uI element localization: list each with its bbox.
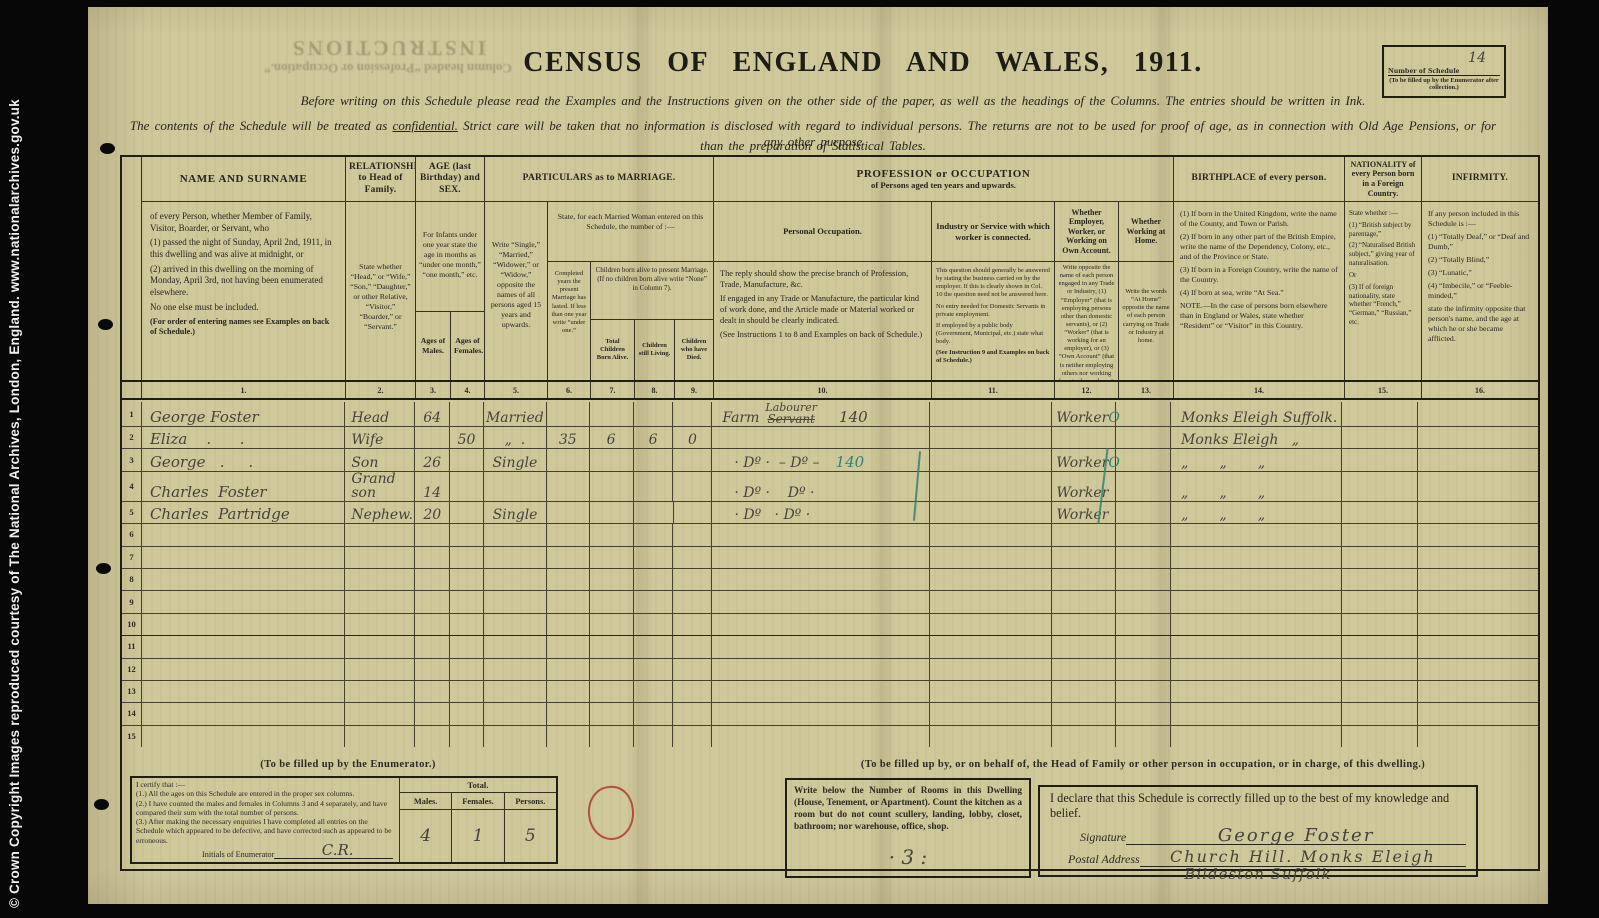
rooms-box: Write below the Number of Rooms in this … [785, 778, 1031, 878]
cell-infirmity [1418, 569, 1538, 590]
cell-industry [930, 524, 1053, 545]
cell-worker [1052, 659, 1116, 680]
col-desc-marriage-status: Write “Single,” “Married,” “Widower,” or… [485, 202, 548, 380]
cell-occupation: Farm LabourerServant 140 [712, 402, 929, 426]
cell-relationship [345, 591, 415, 612]
cell-age-females [450, 449, 484, 470]
punch-hole [100, 143, 115, 154]
cell-worker: WorkerO [1052, 402, 1116, 426]
cell-occupation [712, 427, 929, 448]
cell-age-males [415, 614, 450, 635]
rooms-instruction: Write below the Number of Rooms in this … [794, 785, 1022, 833]
col-head-ages-females: Ages of Females. [451, 312, 485, 380]
cell-relationship: Head [345, 402, 415, 426]
table-row: 8 [122, 569, 1538, 591]
cell-relationship: Wife [345, 427, 415, 448]
cell-children-living [634, 591, 674, 612]
cell-children-born [590, 472, 634, 501]
total-label: Total. [400, 778, 556, 793]
cell-infirmity [1418, 659, 1538, 680]
persons-label: Persons. [505, 793, 556, 809]
cell-marriage-years [547, 569, 590, 590]
table-row: 15 [122, 726, 1538, 747]
col-desc-relationship: State whether “Head,” or “Wife,” “Son,” … [346, 202, 416, 380]
cell-children-died [673, 402, 712, 426]
cell-nationality [1342, 449, 1419, 470]
cell-birthplace [1171, 681, 1342, 702]
col-head-ages-males: Ages of Males. [416, 312, 451, 380]
cell-birthplace: Monks Eleigh „ [1171, 427, 1342, 448]
cell-relationship [345, 614, 415, 635]
col-desc-birthplace: (1) If born in the United Kingdom, write… [1174, 202, 1345, 380]
cell-industry [930, 402, 1053, 426]
cell-occupation: · Dº · Dº · [712, 472, 929, 501]
cell-children-born [590, 681, 634, 702]
cell-name: George Foster [142, 402, 345, 426]
males-label: Males. [400, 793, 452, 809]
instruction-line-1: Before writing on this Schedule please r… [208, 93, 1458, 109]
cell-occupation: · Dº · Dº · [712, 502, 929, 523]
column-number-band: 1. 2. 3. 4. 5. 6. 7. 8. 9. 10. 11. 12. 1… [122, 380, 1538, 400]
cell-nationality [1342, 569, 1419, 590]
cell-marriage-years [547, 614, 590, 635]
table-row: 4 Charles Foster Grand son 14 · Dº · Dº … [122, 472, 1538, 502]
females-label: Females. [452, 793, 504, 809]
row-number: 14 [122, 703, 142, 724]
cell-children-living [634, 703, 674, 724]
cell-infirmity [1418, 502, 1538, 523]
col-head-profession: PROFESSION or OCCUPATION of Persons aged… [714, 157, 1174, 202]
cell-at-home [1116, 449, 1171, 470]
number-cell: 9. [675, 382, 714, 398]
schedule-number-note: (To be filled up by the Enumerator after… [1388, 77, 1500, 92]
table-row: 7 [122, 547, 1538, 569]
cell-marriage-years [547, 681, 590, 702]
initials-line: C.R. [274, 847, 393, 859]
cell-nationality [1342, 659, 1419, 680]
cell-birthplace [1171, 726, 1342, 747]
number-cell: 15. [1345, 382, 1422, 398]
col-head-children-born-alive: Total Children Born Alive. [591, 320, 635, 380]
cell-marriage-years [547, 472, 590, 501]
postal-address-line: Church Hill. Monks Eleigh [1140, 849, 1466, 867]
cell-birthplace [1171, 703, 1342, 724]
cell-children-died [673, 636, 712, 657]
cell-infirmity [1418, 524, 1538, 545]
cell-birthplace [1171, 569, 1342, 590]
cell-marriage [484, 681, 547, 702]
col-head-children-living: Children still Living. [635, 320, 675, 380]
table-body: 1 George Foster Head 64 Married Farm Lab… [122, 402, 1538, 747]
cell-infirmity [1418, 703, 1538, 724]
col-head-marriage: PARTICULARS as to MARRIAGE. [485, 157, 714, 202]
cell-relationship [345, 636, 415, 657]
cell-industry [930, 569, 1053, 590]
cell-industry [930, 726, 1053, 747]
cell-children-living [634, 659, 674, 680]
table-row: 11 [122, 636, 1538, 658]
col-head-age: AGE (last Birthday) and SEX. [416, 157, 485, 202]
cell-marriage [484, 726, 547, 747]
col-desc-marriage-years: Completed years the present Marriage has… [548, 262, 591, 380]
number-cell: 11. [932, 382, 1055, 398]
instruction-line-3: than the preparation of Statistical Tabl… [118, 138, 1508, 154]
punch-hole [96, 563, 111, 574]
number-cell [122, 382, 142, 398]
cell-occupation: · Dº · – Dº – 140 [712, 449, 929, 470]
signature-line: George Foster [1126, 827, 1466, 845]
number-cell: 1. [142, 382, 346, 398]
cell-marriage-years [547, 547, 590, 568]
cell-industry [930, 636, 1053, 657]
cell-nationality [1342, 703, 1419, 724]
cell-relationship: Grand son [345, 472, 415, 501]
cell-birthplace: „ „ „ [1171, 472, 1342, 501]
cell-industry [930, 547, 1053, 568]
cell-children-died [674, 502, 713, 523]
row-number: 12 [122, 659, 142, 680]
col-desc-at-home: Write the words “At Home” opposite the n… [1119, 262, 1174, 380]
cell-nationality [1342, 402, 1419, 426]
cell-name [142, 703, 345, 724]
table-header: NAME AND SURNAME of every Person, whethe… [122, 157, 1538, 380]
cell-age-males [415, 427, 450, 448]
cell-age-males [415, 569, 450, 590]
cell-age-females [450, 703, 484, 724]
cell-birthplace [1171, 524, 1342, 545]
cell-marriage [484, 547, 547, 568]
cell-industry [930, 659, 1053, 680]
cell-children-born [590, 636, 634, 657]
row-number: 2 [122, 427, 142, 448]
col-head-children-died: Children who have Died. [675, 320, 714, 380]
cell-at-home [1116, 591, 1171, 612]
cell-children-died [673, 591, 712, 612]
number-cell: 5. [485, 382, 548, 398]
declaration-text: I declare that this Schedule is correctl… [1050, 791, 1466, 821]
males-value: 4 [400, 810, 452, 862]
table-row: 3 George . . Son 26 Single · Dº · – Dº –… [122, 449, 1538, 471]
row-number: 7 [122, 547, 142, 568]
cell-children-living: 6 [634, 427, 674, 448]
cell-at-home [1116, 502, 1171, 523]
cell-children-living [634, 449, 674, 470]
cell-birthplace [1171, 614, 1342, 635]
cell-children-living [634, 681, 674, 702]
cell-age-males [415, 681, 450, 702]
cell-occupation [712, 547, 929, 568]
cell-nationality [1342, 547, 1419, 568]
cell-at-home [1116, 636, 1171, 657]
cell-at-home [1116, 472, 1171, 501]
cell-relationship [345, 524, 415, 545]
cell-children-born: 6 [590, 427, 634, 448]
col-head-infirmity: INFIRMITY. [1422, 157, 1538, 202]
cell-occupation [712, 726, 929, 747]
row-number: 15 [122, 726, 142, 747]
cell-occupation [712, 591, 929, 612]
cell-marriage [484, 591, 547, 612]
table-row: 2 Eliza . . Wife 50 „ . 35 6 6 0 Monks E… [122, 427, 1538, 449]
cell-marriage [484, 614, 547, 635]
cell-children-died [673, 569, 712, 590]
cell-name [142, 726, 345, 747]
cell-marriage: Single [484, 502, 547, 523]
cell-at-home [1116, 569, 1171, 590]
rooms-value-line: · 3 : [823, 847, 993, 870]
cell-children-born [590, 703, 634, 724]
number-cell: 16. [1422, 382, 1538, 398]
cell-nationality [1342, 614, 1419, 635]
cell-age-females [450, 402, 484, 426]
rooms-value: · 3 : [889, 845, 928, 869]
cell-age-males: 26 [415, 449, 450, 470]
cell-marriage-years [547, 703, 590, 724]
cell-infirmity [1418, 547, 1538, 568]
cell-children-born [590, 591, 634, 612]
cell-children-born [590, 449, 634, 470]
cell-relationship [345, 547, 415, 568]
cell-at-home [1116, 427, 1171, 448]
cell-occupation [712, 659, 929, 680]
col-desc-industry: This question should generally be answer… [932, 262, 1055, 380]
cell-age-males: 20 [415, 502, 450, 523]
cell-children-born [590, 547, 634, 568]
cell-industry [930, 449, 1053, 470]
cell-age-females [450, 614, 484, 635]
cell-infirmity [1418, 591, 1538, 612]
row-number-column-head [122, 157, 142, 380]
cell-relationship [345, 659, 415, 680]
persons-value: 5 [505, 810, 556, 862]
head-section-heading: (To be filled up by, or on behalf of, th… [738, 759, 1548, 770]
cell-nationality [1342, 472, 1419, 501]
row-number: 9 [122, 591, 142, 612]
cell-name [142, 547, 345, 568]
row-number: 5 [122, 502, 142, 523]
enumerator-initials-value: C.R. [322, 843, 354, 858]
cell-nationality [1342, 726, 1419, 747]
cell-marriage [484, 659, 547, 680]
cell-nationality [1342, 636, 1419, 657]
totals-table: Total. Males. Females. Persons. 4 1 5 [400, 778, 556, 862]
cell-marriage-years: 35 [547, 427, 590, 448]
cell-name [142, 591, 345, 612]
cell-marriage: „ . [484, 427, 547, 448]
table-row: 14 [122, 703, 1538, 725]
cell-age-females [450, 547, 484, 568]
schedule-number-value: 14 [1468, 51, 1486, 65]
cell-infirmity [1418, 614, 1538, 635]
cell-worker: Worker [1052, 472, 1116, 501]
punch-hole [94, 799, 109, 810]
cell-relationship [345, 681, 415, 702]
cell-industry [930, 427, 1053, 448]
col-desc-employer-worker: Write opposite the name of each person e… [1055, 262, 1119, 380]
cell-relationship [345, 726, 415, 747]
cell-worker [1052, 547, 1116, 568]
cell-infirmity [1418, 681, 1538, 702]
cell-occupation [712, 636, 929, 657]
cell-age-females [450, 659, 484, 680]
cell-worker [1052, 726, 1116, 747]
row-number: 4 [122, 472, 142, 501]
cell-at-home [1116, 402, 1171, 426]
cell-children-died [673, 524, 712, 545]
cell-children-born [590, 614, 634, 635]
cell-age-females [450, 681, 484, 702]
cell-birthplace: Monks Eleigh Suffolk. [1171, 402, 1342, 426]
col-head-nationality: NATIONALITY of every Person born in a Fo… [1345, 157, 1422, 202]
cell-children-died [673, 472, 712, 501]
cell-worker [1052, 427, 1116, 448]
row-number: 11 [122, 636, 142, 657]
row-number: 3 [122, 449, 142, 470]
number-cell: 6. [548, 382, 591, 398]
col-desc-age-infants: For Infants under one year state the age… [416, 202, 485, 312]
cell-occupation [712, 524, 929, 545]
cell-age-males [415, 703, 450, 724]
cell-age-males: 14 [415, 472, 450, 501]
postal-address-label: Postal Address [1068, 852, 1140, 867]
cell-industry [930, 472, 1053, 501]
postal-address-line-2: Bildeston Suffolk [1050, 866, 1466, 884]
number-cell: 10. [714, 382, 932, 398]
col-head-personal-occupation: Personal Occupation. [714, 202, 932, 262]
signature-value: George Foster [1218, 825, 1374, 846]
cell-children-born [590, 569, 634, 590]
punch-hole [98, 319, 113, 330]
cell-at-home [1116, 614, 1171, 635]
cell-age-males [415, 659, 450, 680]
cell-occupation [712, 681, 929, 702]
cell-age-females: 50 [450, 427, 484, 448]
number-cell: 12. [1055, 382, 1119, 398]
cell-age-females [450, 472, 484, 501]
col-head-name: NAME AND SURNAME [142, 157, 346, 202]
cell-children-born [590, 402, 634, 426]
cell-marriage-years [547, 591, 590, 612]
certification-text: I certify that :— (1.) All the ages on t… [132, 778, 400, 862]
cell-name [142, 569, 345, 590]
col-head-birthplace: BIRTHPLACE of every person. [1174, 157, 1345, 202]
schedule-number-label: Number of Schedule [1388, 66, 1459, 75]
cell-children-living [634, 636, 674, 657]
col-desc-married-woman: State, for each Married Woman entered on… [548, 202, 714, 262]
cell-infirmity [1418, 427, 1538, 448]
number-cell: 8. [635, 382, 675, 398]
cell-worker [1052, 703, 1116, 724]
number-cell: 13. [1119, 382, 1174, 398]
initials-label: Initials of Enumerator [202, 850, 274, 859]
census-form-sheet: Column headed “Profession or Occupation.… [88, 7, 1548, 904]
postal-address-value: Church Hill. Monks Eleigh [1170, 847, 1436, 866]
cell-marriage-years [547, 524, 590, 545]
cell-name: Charles Partridge [142, 502, 345, 523]
cell-children-born [590, 524, 634, 545]
cell-age-females [450, 569, 484, 590]
table-row: 6 [122, 524, 1538, 546]
col-desc-children-born: Children born alive to present Marriage.… [591, 262, 714, 320]
cell-age-males [415, 547, 450, 568]
cell-children-living [634, 614, 674, 635]
cell-nationality [1342, 681, 1419, 702]
cell-children-living [634, 502, 674, 523]
cell-worker [1052, 614, 1116, 635]
cell-name [142, 524, 345, 545]
cell-relationship [345, 703, 415, 724]
cell-infirmity [1418, 472, 1538, 501]
cell-marriage-years [547, 726, 590, 747]
row-number: 10 [122, 614, 142, 635]
cell-at-home [1116, 524, 1171, 545]
cell-children-living [634, 726, 674, 747]
cell-industry [930, 614, 1053, 635]
cell-infirmity [1418, 726, 1538, 747]
cell-marriage [484, 472, 547, 501]
cell-nationality [1342, 524, 1419, 545]
cell-nationality [1342, 427, 1419, 448]
number-cell: 14. [1174, 382, 1345, 398]
cell-birthplace: „ „ „ [1171, 502, 1342, 523]
cell-marriage [484, 703, 547, 724]
number-cell: 3. [416, 382, 451, 398]
cell-marriage-years [547, 636, 590, 657]
col-head-employer-worker: Whether Employer, Worker, or Working on … [1055, 202, 1119, 262]
cell-worker [1052, 591, 1116, 612]
col-head-industry: Industry or Service with which worker is… [932, 202, 1055, 262]
cell-worker [1052, 569, 1116, 590]
cell-age-males [415, 591, 450, 612]
cell-at-home [1116, 726, 1171, 747]
table-row: 10 [122, 614, 1538, 636]
cell-children-living [634, 402, 674, 426]
cell-birthplace [1171, 659, 1342, 680]
cell-children-living [634, 524, 674, 545]
cell-marriage-years [547, 659, 590, 680]
females-value: 1 [452, 810, 504, 862]
cell-children-living [634, 547, 674, 568]
number-cell: 4. [451, 382, 485, 398]
declaration-box: I declare that this Schedule is correctl… [1038, 785, 1478, 877]
cell-age-males: 64 [415, 402, 450, 426]
row-number: 13 [122, 681, 142, 702]
table-row: 9 [122, 591, 1538, 613]
cell-name: Charles Foster [142, 472, 345, 501]
cell-name [142, 614, 345, 635]
cell-children-died [673, 681, 712, 702]
cell-at-home [1116, 547, 1171, 568]
form-title: CENSUS OF ENGLAND AND WALES, 1911. [388, 47, 1338, 79]
cell-children-died [673, 703, 712, 724]
cell-birthplace [1171, 591, 1342, 612]
cell-infirmity [1418, 402, 1538, 426]
cell-at-home [1116, 681, 1171, 702]
col-head-relationship: RELATIONSHIP to Head of Family. [346, 157, 416, 202]
cell-age-males [415, 636, 450, 657]
cell-worker [1052, 636, 1116, 657]
cell-industry [930, 502, 1053, 523]
cell-occupation [712, 569, 929, 590]
cell-marriage-years [547, 502, 590, 523]
cell-industry [930, 681, 1053, 702]
row-number: 6 [122, 524, 142, 545]
cell-age-females [450, 591, 484, 612]
cell-name: Eliza . . [142, 427, 345, 448]
table-row: 13 [122, 681, 1538, 703]
cell-children-died: 0 [673, 427, 712, 448]
cell-children-died [673, 614, 712, 635]
